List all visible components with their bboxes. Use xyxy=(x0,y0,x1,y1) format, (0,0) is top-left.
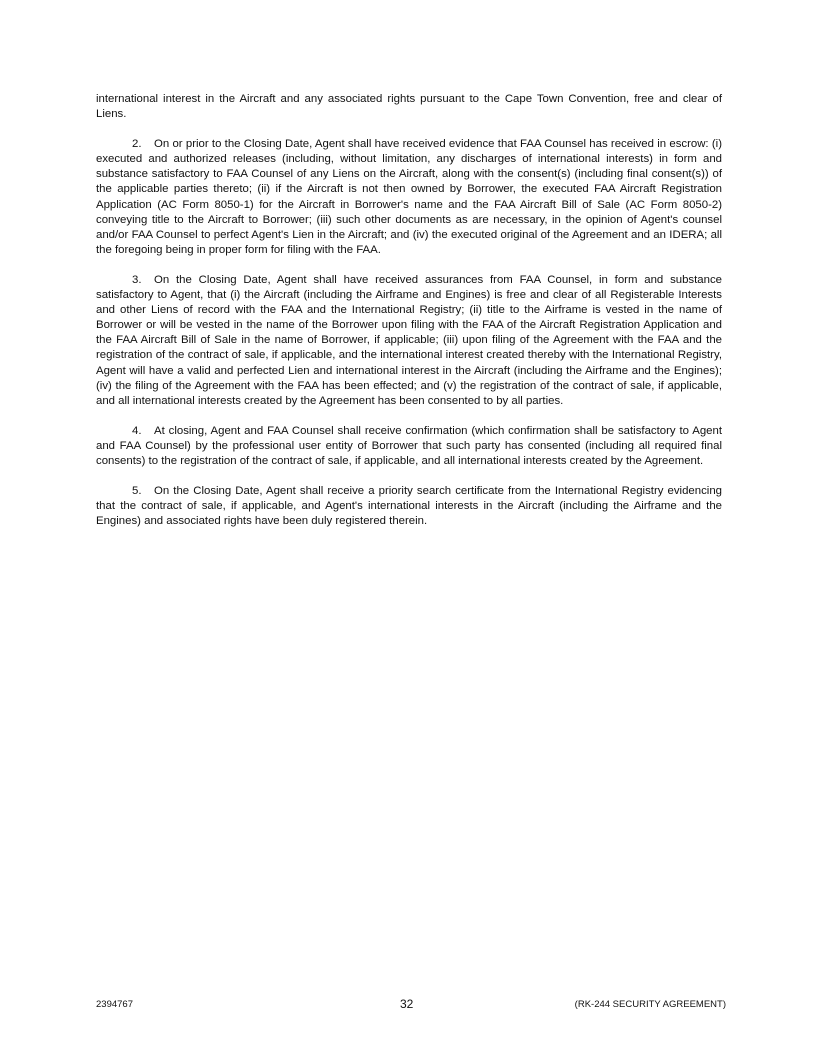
paragraph-number: 4. xyxy=(132,424,154,439)
paragraph-3: 3.On the Closing Date, Agent shall have … xyxy=(96,273,722,409)
page-number: 32 xyxy=(400,997,413,1011)
paragraph-4: 4.At closing, Agent and FAA Counsel shal… xyxy=(96,424,722,469)
paragraph-5: 5.On the Closing Date, Agent shall recei… xyxy=(96,484,722,529)
document-title: (RK-244 SECURITY AGREEMENT) xyxy=(575,999,726,1010)
paragraph-number: 5. xyxy=(132,484,154,499)
paragraph-number: 2. xyxy=(132,137,154,152)
paragraph-text: At closing, Agent and FAA Counsel shall … xyxy=(96,425,722,467)
page-footer: 2394767 32 (RK-244 SECURITY AGREEMENT) xyxy=(96,997,726,1013)
paragraph-text: On the Closing Date, Agent shall receive… xyxy=(96,485,722,527)
document-body: international interest in the Aircraft a… xyxy=(96,92,722,544)
document-number: 2394767 xyxy=(96,999,133,1010)
paragraph-2: 2.On or prior to the Closing Date, Agent… xyxy=(96,137,722,258)
paragraph-number: 3. xyxy=(132,273,154,288)
continuation-paragraph: international interest in the Aircraft a… xyxy=(96,92,722,122)
paragraph-text: On or prior to the Closing Date, Agent s… xyxy=(96,138,722,256)
paragraph-text: On the Closing Date, Agent shall have re… xyxy=(96,274,722,407)
